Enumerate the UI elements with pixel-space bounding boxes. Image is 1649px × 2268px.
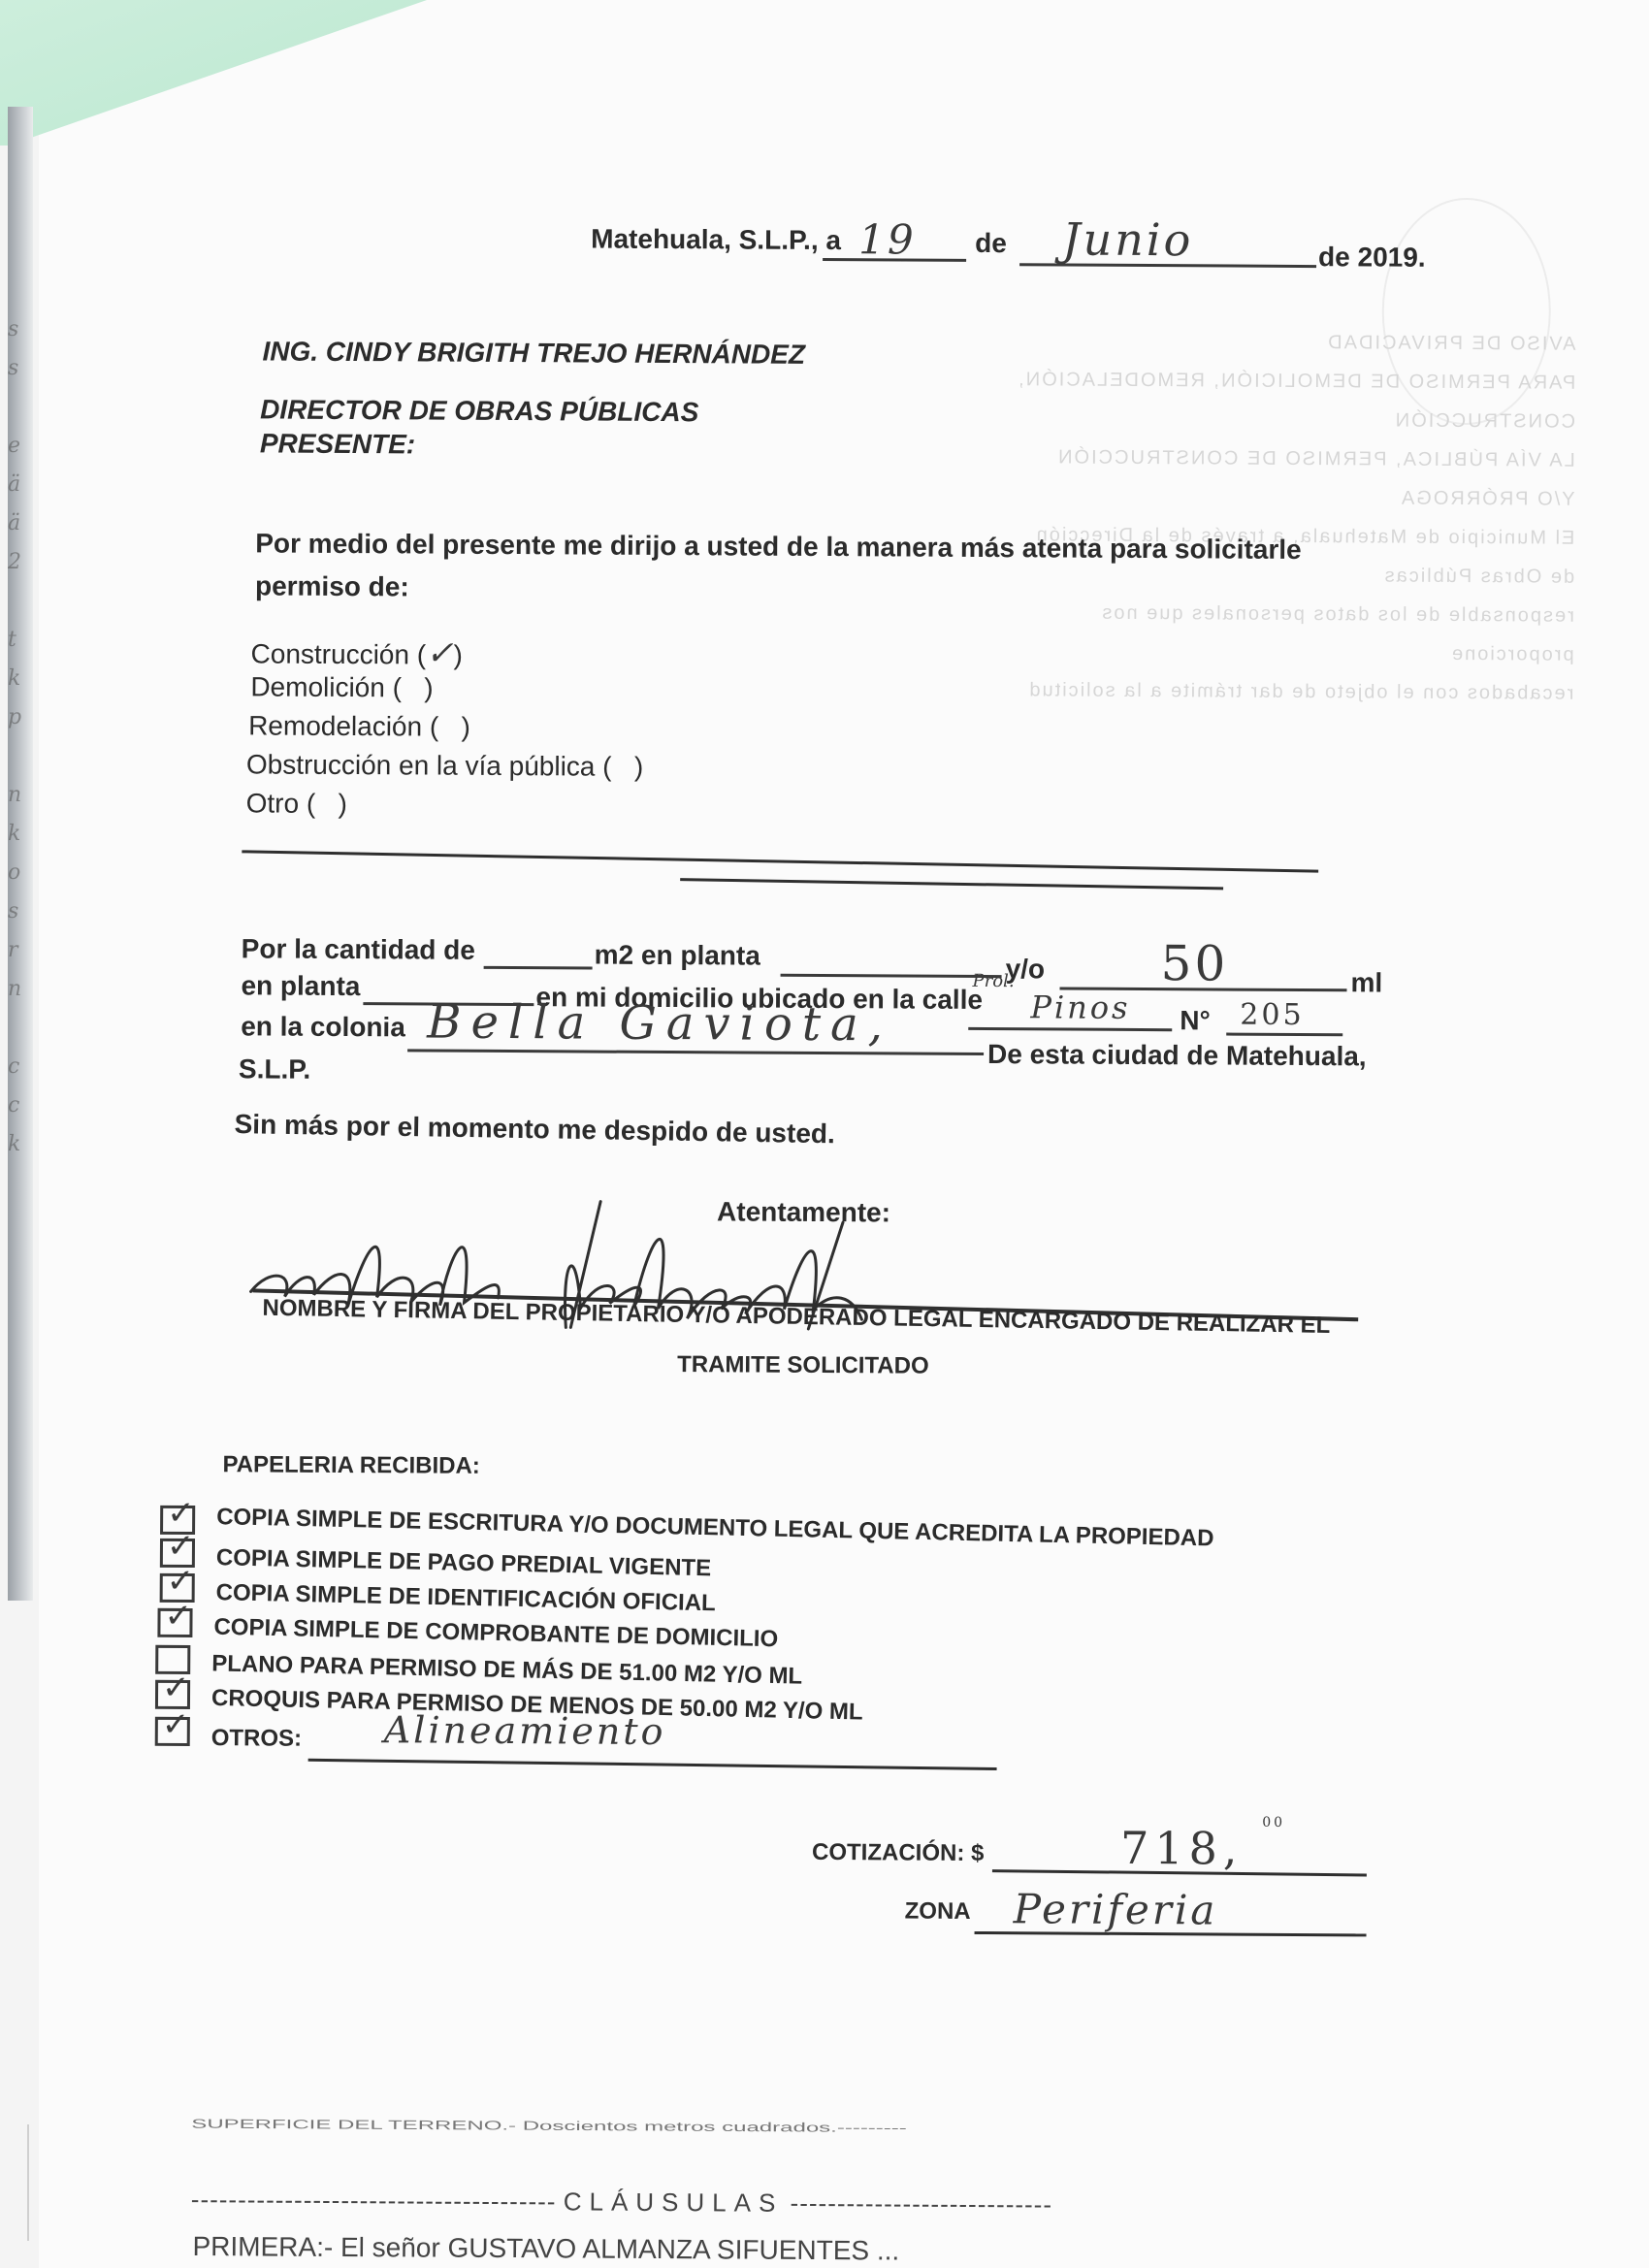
bleed-through-text: AVISO DE PRIVACIDAD PARA PERMISO DE DEMO… [1011,321,1575,713]
colonia-value[interactable]: Bella Gaviota, [427,994,892,1052]
permit-option-remodelacion[interactable]: Remodelación ( ) [248,710,470,742]
recipient-title: DIRECTOR DE OBRAS PÚBLICAS [260,394,698,428]
colonia-label: en la colonia [241,1011,405,1043]
farewell-text: Sin más por el momento me despido de ust… [234,1109,835,1150]
date-de-label: de [975,228,1007,259]
check-mark-icon: ✓ [167,1565,195,1598]
street-value[interactable]: Pinos [1030,988,1130,1026]
permit-option-construccion[interactable]: Construcción (✓) [250,632,463,672]
otro-underline-1 [242,850,1318,872]
number-underline [1226,1033,1342,1037]
check-mark-icon: ✓ [162,1708,190,1741]
planta-underline[interactable] [781,974,1002,978]
quantity-label: Por la cantidad de [242,933,475,965]
intro-line-1: Por medio del presente me dirijo a usted… [255,528,1302,566]
footer-primera: PRIMERA:- El señor GUSTAVO ALMANZA SIFUE… [192,2231,899,2266]
year-label: de 2019. [1318,242,1426,274]
ml-label: ml [1350,967,1382,998]
cotizacion-amount[interactable]: 718, [1120,1822,1244,1875]
ml-value[interactable]: 50 [1160,935,1228,991]
check-mark-icon: ✓ [167,1497,195,1530]
check-mark-icon: ✓ [426,633,454,672]
permit-option-demolicion[interactable]: Demolición ( ) [250,671,433,703]
paper-item-domicilio: COPIA SIMPLE DE COMPROBANTE DE DOMICILIO [213,1614,778,1654]
zona-value[interactable]: Periferia [1014,1885,1218,1933]
check-mark-icon: ✓ [167,1530,195,1563]
slp-label: S.L.P. [239,1053,310,1085]
m2-underline[interactable] [484,966,593,970]
form-content: AVISO DE PRIVACIDAD PARA PERMISO DE DEMO… [0,0,1649,2268]
cotizacion-cents: 00 [1262,1815,1285,1831]
checkbox-otros[interactable]: ✓ [155,1717,190,1746]
zona-label: ZONA [905,1898,971,1926]
footer-clausulas-heading: --------------------------------------- … [191,2185,1052,2219]
day-value[interactable]: 19 [858,215,917,263]
permit-option-otro[interactable]: Otro ( ) [246,788,347,820]
date-city-label: Matehuala, S.L.P., a [591,224,841,257]
recipient-name: ING. CINDY BRIGITH TREJO HERNÁNDEZ [262,336,805,370]
street-underline [968,1027,1172,1031]
footer-superficie: SUPERFICIE DEL TERRENO.- Doscientos metr… [191,2117,907,2136]
otros-value[interactable]: Alineamiento [384,1708,666,1753]
number-label: N° [1180,1005,1211,1036]
checkbox-domicilio[interactable]: ✓ [157,1608,192,1637]
m2-planta-label: m2 en planta [595,940,760,972]
signature-caption-2: TRAMITE SOLICITADO [677,1351,929,1380]
paper-item-predial: COPIA SIMPLE DE PAGO PREDIAL VIGENTE [216,1544,712,1582]
otros-underline [308,1759,997,1770]
month-value[interactable]: Junio [1062,212,1193,266]
paper-item-escritura: COPIA SIMPLE DE ESCRITURA Y/O DOCUMENTO … [216,1504,1214,1552]
intro-line-2: permiso de: [255,570,409,602]
papers-title: PAPELERIA RECIBIDA: [222,1451,480,1480]
permit-option-obstruccion[interactable]: Obstrucción en la vía pública ( ) [246,749,644,782]
otro-underline-2 [680,878,1223,890]
ciudad-label: De esta ciudad de Matehuala, [987,1039,1367,1072]
recipient-presente: PRESENTE: [260,428,415,460]
check-mark-icon: ✓ [162,1671,190,1704]
paper-item-plano: PLANO PARA PERMISO DE MÁS DE 51.00 M2 Y/… [211,1650,802,1690]
cotizacion-label: COTIZACIÓN: $ [812,1839,984,1867]
paper-item-otros: OTROS: [211,1725,302,1753]
check-mark-icon: ✓ [164,1600,192,1633]
street-prefix-value: Prol. [972,971,1014,991]
number-value[interactable]: 205 [1240,998,1304,1032]
en-planta-label: en planta [241,970,360,1002]
paper-item-identificacion: COPIA SIMPLE DE IDENTIFICACIÓN OFICIAL [215,1579,716,1617]
